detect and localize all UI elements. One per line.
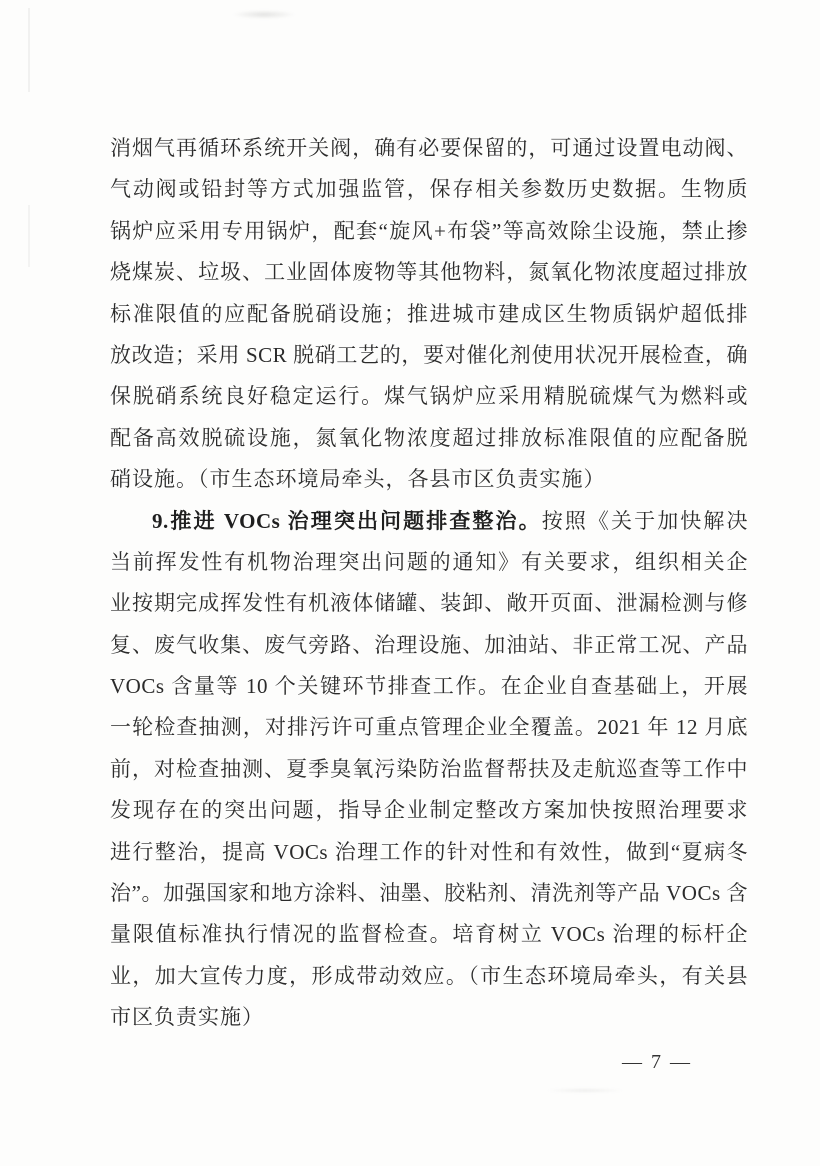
text-line: VOCs 含量等 10 个关键环节排查工作。在企业自查基础上，开展 [110,666,748,707]
page-number: — 7 — [110,1042,748,1083]
text-line: 业按期完成挥发性有机液体储罐、装卸、敞开页面、泄漏检测与修 [110,583,748,624]
text-line: 业，加大宣传力度，形成带动效应。（市生态环境局牵头，有关县 [110,956,748,997]
document-body: 消烟气再循环系统开关阀，确有必要保留的，可通过设置电动阀、 气动阀或铅封等方式加… [110,128,748,1083]
scan-artifact [28,8,30,92]
scan-artifact [232,10,296,19]
text-line: 当前挥发性有机物治理突出问题的通知》有关要求，组织相关企 [110,542,748,583]
text-line: 烧煤炭、垃圾、工业固体废物等其他物料，氮氧化物浓度超过排放 [110,252,748,293]
text-line: 前，对检查抽测、夏季臭氧污染防治监督帮扶及走航巡查等工作中 [110,749,748,790]
text-line: 标准限值的应配备脱硝设施；推进城市建成区生物质锅炉超低排 [110,294,748,335]
text-line: 放改造；采用 SCR 脱硝工艺的，要对催化剂使用状况开展检查，确 [110,335,748,376]
text-line: 市区负责实施） [110,997,748,1038]
text-line: 一轮检查抽测，对排污许可重点管理企业全覆盖。2021 年 12 月底 [110,707,748,748]
text-line: 锅炉应采用专用锅炉，配套“旋风+布袋”等高效除尘设施，禁止掺 [110,211,748,252]
text-line: 配备高效脱硫设施，氮氧化物浓度超过排放标准限值的应配备脱 [110,418,748,459]
text-line: 保脱硝系统良好稳定运行。煤气锅炉应采用精脱硫煤气为燃料或 [110,376,748,417]
text-line: 进行整治，提高 VOCs 治理工作的针对性和有效性，做到“夏病冬 [110,832,748,873]
scan-artifact [545,1088,625,1093]
text-line: 治”。加强国家和地方涂料、油墨、胶粘剂、清洗剂等产品 VOCs 含 [110,873,748,914]
text-run: 按照《关于加快解决 [542,509,748,533]
text-line: 复、废气收集、废气旁路、治理设施、加油站、非正常工况、产品 [110,625,748,666]
text-line: 气动阀或铅封等方式加强监管，保存相关参数历史数据。生物质 [110,169,748,210]
paragraph-1: 消烟气再循环系统开关阀，确有必要保留的，可通过设置电动阀、 气动阀或铅封等方式加… [110,128,748,501]
text-line: 硝设施。（市生态环境局牵头，各县市区负责实施） [110,459,748,500]
text-line: 量限值标准执行情况的监督检查。培育树立 VOCs 治理的标杆企 [110,914,748,955]
text-line: 9.推进 VOCs 治理突出问题排查整治。按照《关于加快解决 [110,501,748,542]
scanned-document-page: 消烟气再循环系统开关阀，确有必要保留的，可通过设置电动阀、 气动阀或铅封等方式加… [0,0,820,1166]
paragraph-2: 9.推进 VOCs 治理突出问题排查整治。按照《关于加快解决 当前挥发性有机物治… [110,501,748,1039]
text-line: 消烟气再循环系统开关阀，确有必要保留的，可通过设置电动阀、 [110,128,748,169]
text-line: 发现存在的突出问题，指导企业制定整改方案加快按照治理要求 [110,790,748,831]
section-heading: 9.推进 VOCs 治理突出问题排查整治。 [152,509,542,533]
scan-artifact [28,205,30,267]
